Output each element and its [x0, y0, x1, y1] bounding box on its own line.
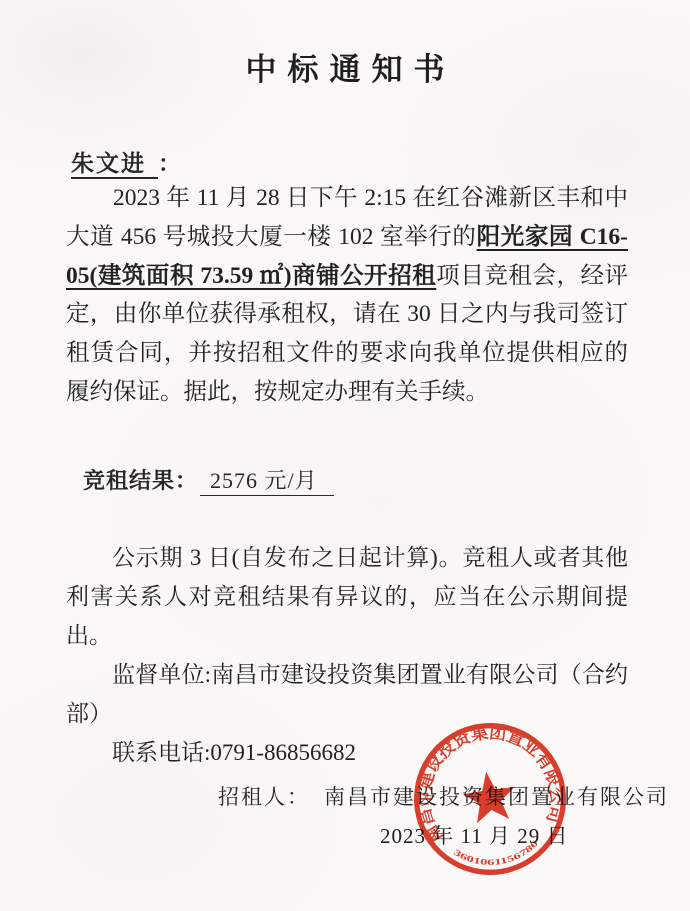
page-title: 中标通知书: [0, 44, 690, 89]
bid-result-label: 竞租结果：: [83, 468, 198, 493]
bid-result-value: 2576 元/月: [200, 468, 334, 496]
supervisor-line: 监督单位:南昌市建设投资集团置业有限公司（合约部）: [66, 656, 628, 734]
addressee-colon: ：: [158, 151, 183, 176]
addressee-line: 朱文进：: [71, 145, 183, 178]
lessor-label: 招租人：: [218, 785, 310, 809]
issue-date: 2023 年 11 月 29 日: [380, 820, 568, 850]
lessor-line: 招租人：南昌市建设投资集团置业有限公司: [218, 781, 669, 811]
publicity-period-paragraph: 公示期 3 日(自发布之日起计算)。竞租人或者其他利害关系人对竞租结果有异议的，…: [66, 539, 628, 656]
notice-block: 公示期 3 日(自发布之日起计算)。竞租人或者其他利害关系人对竞租结果有异议的，…: [66, 539, 628, 772]
bid-result-line: 竞租结果：2576 元/月: [83, 464, 334, 495]
addressee-name: 朱文进: [71, 151, 158, 179]
lessor-company-name: 南昌市建设投资集团置业有限公司: [324, 785, 669, 809]
body-paragraph: 2023 年 11 月 28 日下午 2:15 在红谷滩新区丰和中大道 456 …: [66, 179, 628, 412]
document-page: 中标通知书 朱文进： 2023 年 11 月 28 日下午 2:15 在红谷滩新…: [0, 0, 690, 911]
contact-phone-line: 联系电话:0791-86856682: [66, 734, 628, 773]
